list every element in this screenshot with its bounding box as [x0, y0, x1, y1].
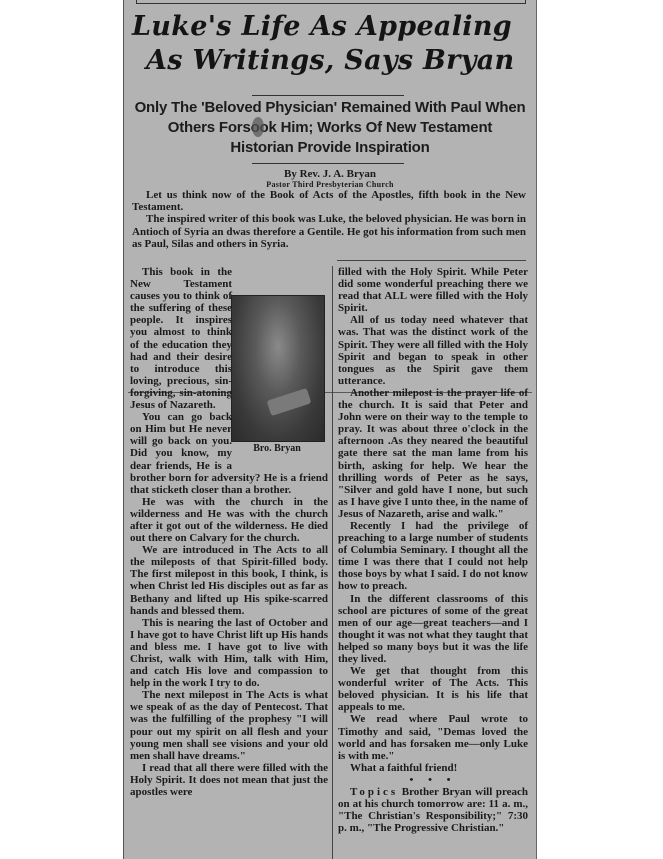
ink-smudge — [252, 117, 264, 137]
paragraph: The next milepost in The Acts is what we… — [130, 689, 328, 762]
subhead-line-3: Historian Provide Inspiration — [124, 138, 536, 158]
photo-collar-detail — [267, 388, 312, 416]
paragraph: All of us today need whatever that was. … — [338, 314, 528, 387]
paragraph: In the different classrooms of this scho… — [338, 593, 528, 666]
paragraph: This is nearing the last of October and … — [130, 617, 328, 690]
headline: Luke's Life As Appealing As Writings, Sa… — [128, 10, 532, 78]
right-column: filled with the Holy Spirit. While Peter… — [338, 266, 528, 834]
topics-paragraph: Topics Brother Bryan will preach on at h… — [338, 786, 528, 834]
paragraph: We read where Paul wrote to Timothy and … — [338, 713, 528, 761]
paragraph: What a faithful friend! — [338, 762, 528, 774]
column-top-rule — [337, 260, 526, 261]
paragraph: Recently I had the privilege of preachin… — [338, 520, 528, 593]
subhead-line-1: Only The 'Beloved Physician' Remained Wi… — [124, 98, 536, 118]
paragraph: I read that all there were filled with t… — [130, 762, 328, 798]
headline-divider — [252, 95, 404, 96]
subhead-divider — [252, 163, 404, 164]
newspaper-clipping: Luke's Life As Appealing As Writings, Sa… — [123, 0, 537, 859]
paragraph: He was with the church in the wilderness… — [130, 496, 328, 544]
paragraph: filled with the Holy Spirit. While Peter… — [338, 266, 528, 314]
section-separator: • • • — [338, 774, 528, 786]
subhead-line-2: Others Forsook Him; Works Of New Testame… — [124, 118, 536, 138]
byline: By Rev. J. A. Bryan — [124, 168, 536, 180]
subheadline: Only The 'Beloved Physician' Remained Wi… — [124, 98, 536, 158]
photo-caption: Bro. Bryan — [231, 443, 323, 454]
top-border-rule — [136, 0, 526, 4]
headline-line-1: Luke's Life As Appealing — [128, 10, 532, 44]
paragraph: We are introduced in The Acts to all the… — [130, 544, 328, 617]
paragraph: We get that thought from this wonderful … — [338, 665, 528, 713]
intro-text: Let us think now of the Book of Acts of … — [132, 189, 526, 250]
byline-title: Pastor Third Presbyterian Church — [124, 180, 536, 189]
topics-lead: Topics — [350, 786, 398, 798]
paragraph: Another milepost is the prayer life of t… — [338, 387, 528, 520]
intro-paragraph: Let us think now of the Book of Acts of … — [132, 189, 526, 213]
headline-line-2: As Writings, Says Bryan — [128, 44, 532, 78]
portrait-photo — [231, 295, 325, 442]
column-divider — [332, 266, 333, 859]
intro-paragraph: The inspired writer of this book was Luk… — [132, 213, 526, 250]
